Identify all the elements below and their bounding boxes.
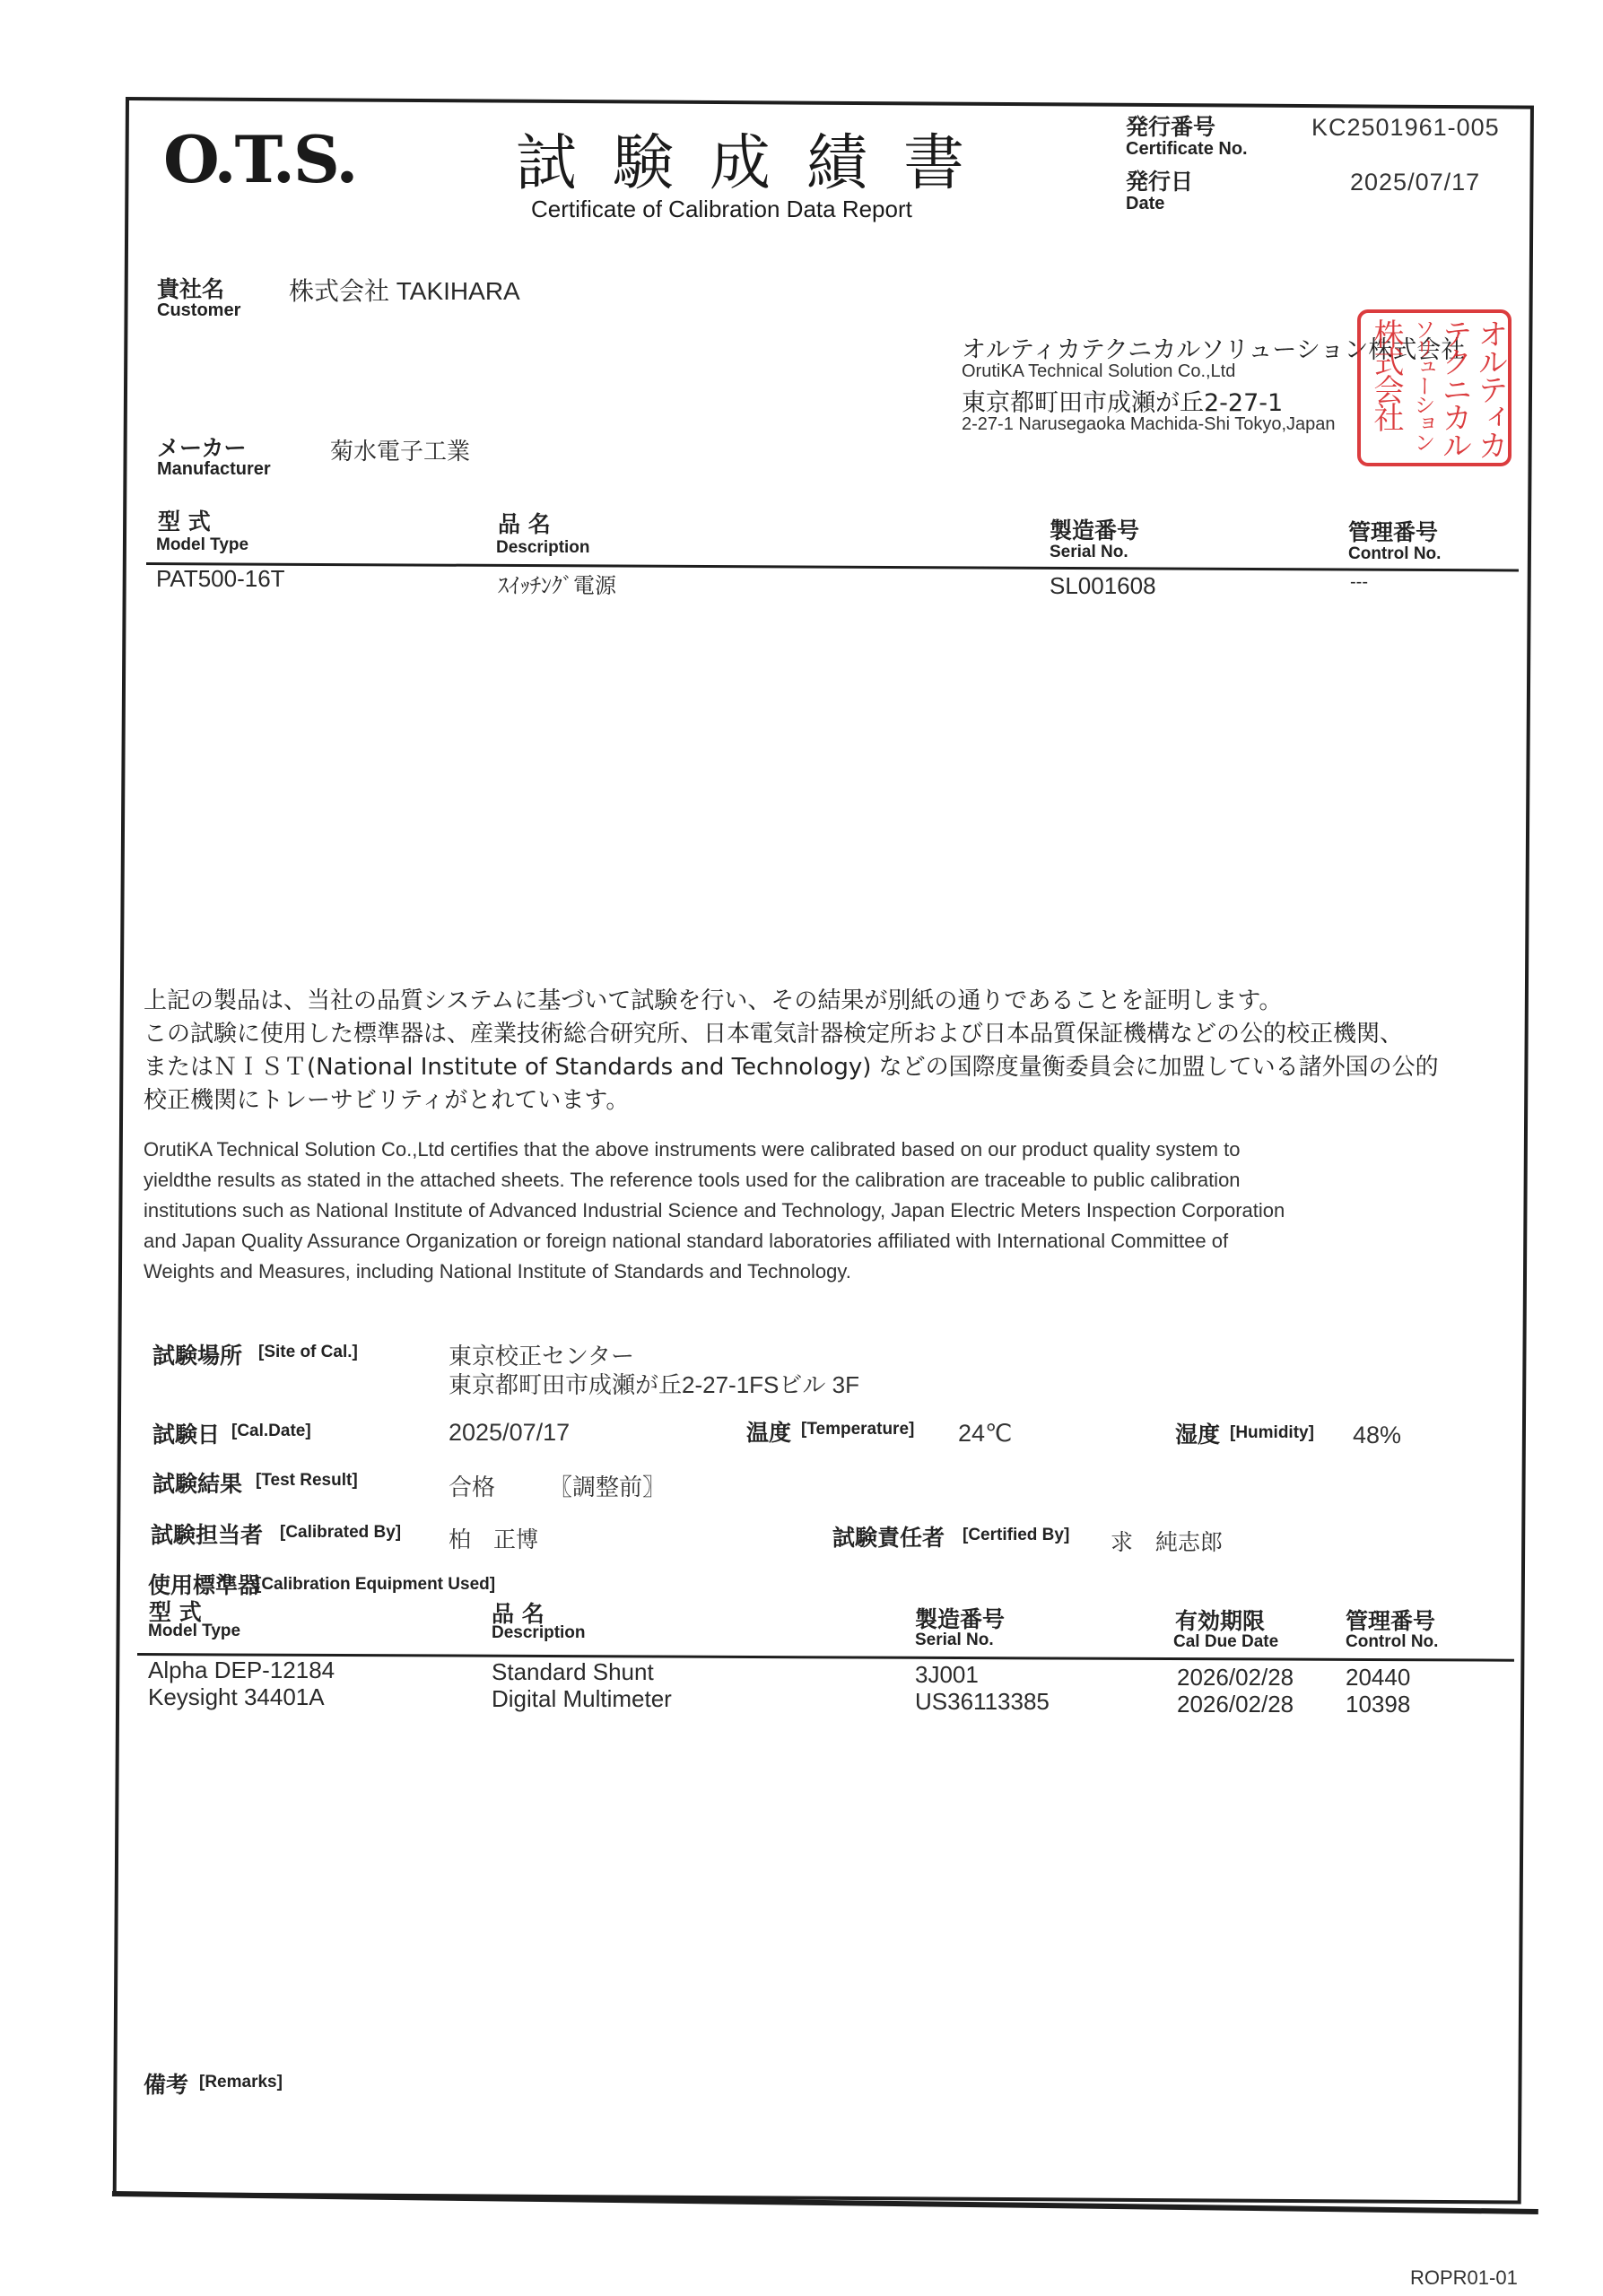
device-col-serial-en: Serial No. <box>1050 543 1128 562</box>
temperature-value: 24℃ <box>958 1420 1012 1448</box>
test-result-label-en: [Test Result] <box>256 1471 358 1491</box>
equip-description-cell: Digital Multimeter <box>492 1685 672 1713</box>
company-logo: O.T.S. <box>163 121 356 197</box>
device-col-model-en: Model Type <box>156 535 248 555</box>
device-col-control-en: Control No. <box>1348 544 1441 564</box>
equip-model-cell: Keysight 34401A <box>148 1683 325 1711</box>
seal-text-col-4: 株式会社 <box>1354 318 1400 430</box>
date-label-en: Date <box>1126 194 1164 214</box>
statement-en-line: yieldthe results as stated in the attach… <box>144 1165 1543 1196</box>
statement-jp-line: 上記の製品は、当社の品質システムに基づいて試験を行い、その結果が別紙の通りである… <box>144 985 1543 1018</box>
certificate-no-label-en: Certificate No. <box>1126 139 1248 160</box>
certified-by-label-en: [Certified By] <box>963 1526 1069 1545</box>
site-label-en: [Site of Cal.] <box>258 1343 358 1362</box>
equip-model-cell: Alpha DEP-12184 <box>148 1657 335 1684</box>
temperature-label-en: [Temperature] <box>801 1420 914 1439</box>
statement-jp-line: またはＮＩＳＴ(National Institute of Standards … <box>144 1051 1543 1084</box>
calibrated-by-label-en: [Calibrated By] <box>280 1523 401 1543</box>
device-col-serial-jp: 製造番号 <box>1050 513 1139 545</box>
test-result-label-jp: 試験結果 <box>152 1466 242 1499</box>
issuer-address-en: 2-27-1 Narusegaoka Machida-Shi Tokyo,Jap… <box>962 414 1336 435</box>
cal-date-value: 2025/07/17 <box>449 1419 570 1447</box>
calibrated-by-value: 柏 正博 <box>449 1522 538 1554</box>
equip-serial-cell: 3J001 <box>915 1661 979 1689</box>
test-result-value: 合格 <box>449 1469 495 1502</box>
temperature-label-jp: 温度 <box>746 1415 791 1448</box>
company-seal-stamp: オルティカ テクニカル ソリューション 株式会社 <box>1357 309 1512 466</box>
equip-col-control-en: Control No. <box>1346 1632 1438 1652</box>
device-col-control-jp: 管理番号 <box>1348 515 1438 547</box>
manufacturer-label-en: Manufacturer <box>157 459 271 480</box>
customer-label-en: Customer <box>157 300 240 321</box>
customer-label-jp: 貴社名 <box>157 272 224 304</box>
statement-en-line: Weights and Measures, including National… <box>144 1257 1543 1287</box>
date-label-jp: 発行日 <box>1126 164 1193 196</box>
certified-by-label-jp: 試験責任者 <box>832 1520 945 1552</box>
cal-date-label-en: [Cal.Date] <box>231 1422 311 1441</box>
customer-value: 株式会社 TAKIHARA <box>289 272 520 308</box>
device-col-description-en: Description <box>496 538 590 558</box>
statement-en-line: and Japan Quality Assurance Organization… <box>144 1226 1543 1257</box>
manufacturer-label-jp: メーカー <box>157 430 247 463</box>
equip-col-due-date-jp: 有効期限 <box>1175 1604 1265 1636</box>
humidity-label-jp: 湿度 <box>1175 1417 1220 1449</box>
equip-col-serial-jp: 製造番号 <box>915 1602 1005 1634</box>
equip-col-serial-en: Serial No. <box>915 1631 994 1650</box>
equip-serial-cell: US36113385 <box>915 1688 1050 1716</box>
device-col-description-jp: 品 名 <box>498 507 551 539</box>
equip-col-control-jp: 管理番号 <box>1346 1604 1435 1636</box>
document-title-jp: 試験成績書 <box>516 115 1000 202</box>
equip-control-cell: 10398 <box>1346 1691 1410 1718</box>
equip-col-description-en: Description <box>492 1623 586 1643</box>
site-value-line2: 東京都町田市成瀬が丘2-27-1FSビル 3F <box>449 1367 859 1400</box>
cal-date-label-jp: 試験日 <box>152 1417 220 1449</box>
certified-by-value: 求 純志郎 <box>1111 1525 1223 1557</box>
device-description-cell: ｽｲｯﾁﾝｸﾞ電源 <box>498 568 616 599</box>
equip-due-date-cell: 2026/02/28 <box>1177 1691 1294 1718</box>
statement-jp-line: 校正機関にトレーサビリティがとれています。 <box>144 1084 1543 1118</box>
equip-description-cell: Standard Shunt <box>492 1658 654 1686</box>
humidity-label-en: [Humidity] <box>1230 1423 1314 1443</box>
test-result-note: 〖調整前〗 <box>549 1469 666 1502</box>
certificate-no-value: KC2501961-005 <box>1311 114 1500 142</box>
statement-en-line: OrutiKA Technical Solution Co.,Ltd certi… <box>144 1135 1543 1165</box>
device-control-cell: --- <box>1350 572 1368 593</box>
site-label-jp: 試験場所 <box>152 1338 242 1370</box>
humidity-value: 48% <box>1353 1422 1401 1449</box>
form-code: ROPR01-01 <box>1410 2266 1518 2290</box>
equip-control-cell: 20440 <box>1346 1664 1410 1692</box>
remarks-label-jp: 備考 <box>144 2067 188 2100</box>
remarks-label-en: [Remarks] <box>199 2073 283 2092</box>
statement-jp-line: この試験に使用した標準器は、産業技術総合研究所、日本電気計器検定所および日本品質… <box>144 1018 1543 1051</box>
statement-en-line: institutions such as National Institute … <box>144 1196 1543 1226</box>
certificate-no-label-jp: 発行番号 <box>1126 109 1215 142</box>
issuer-name-en: OrutiKA Technical Solution Co.,Ltd <box>962 361 1235 382</box>
equip-due-date-cell: 2026/02/28 <box>1177 1664 1294 1692</box>
device-serial-cell: SL001608 <box>1050 572 1156 600</box>
certification-statement-en: OrutiKA Technical Solution Co.,Ltd certi… <box>144 1135 1543 1287</box>
device-col-model-jp: 型 式 <box>158 504 211 536</box>
device-model-cell: PAT500-16T <box>156 565 285 593</box>
calibrated-by-label-jp: 試験担当者 <box>151 1518 263 1550</box>
issue-date-value: 2025/07/17 <box>1350 169 1480 196</box>
issuer-address-jp: 東京都町田市成瀬が丘2-27-1 <box>962 383 1283 418</box>
document-title-en: Certificate of Calibration Data Report <box>531 196 912 223</box>
equip-col-model-en: Model Type <box>148 1622 240 1641</box>
manufacturer-value: 菊水電子工業 <box>330 433 470 466</box>
equipment-label-en: [Calibration Equipment Used] <box>256 1575 495 1595</box>
equip-col-due-date-en: Cal Due Date <box>1173 1632 1278 1652</box>
certification-statement-jp: 上記の製品は、当社の品質システムに基づいて試験を行い、その結果が別紙の通りである… <box>144 985 1543 1118</box>
